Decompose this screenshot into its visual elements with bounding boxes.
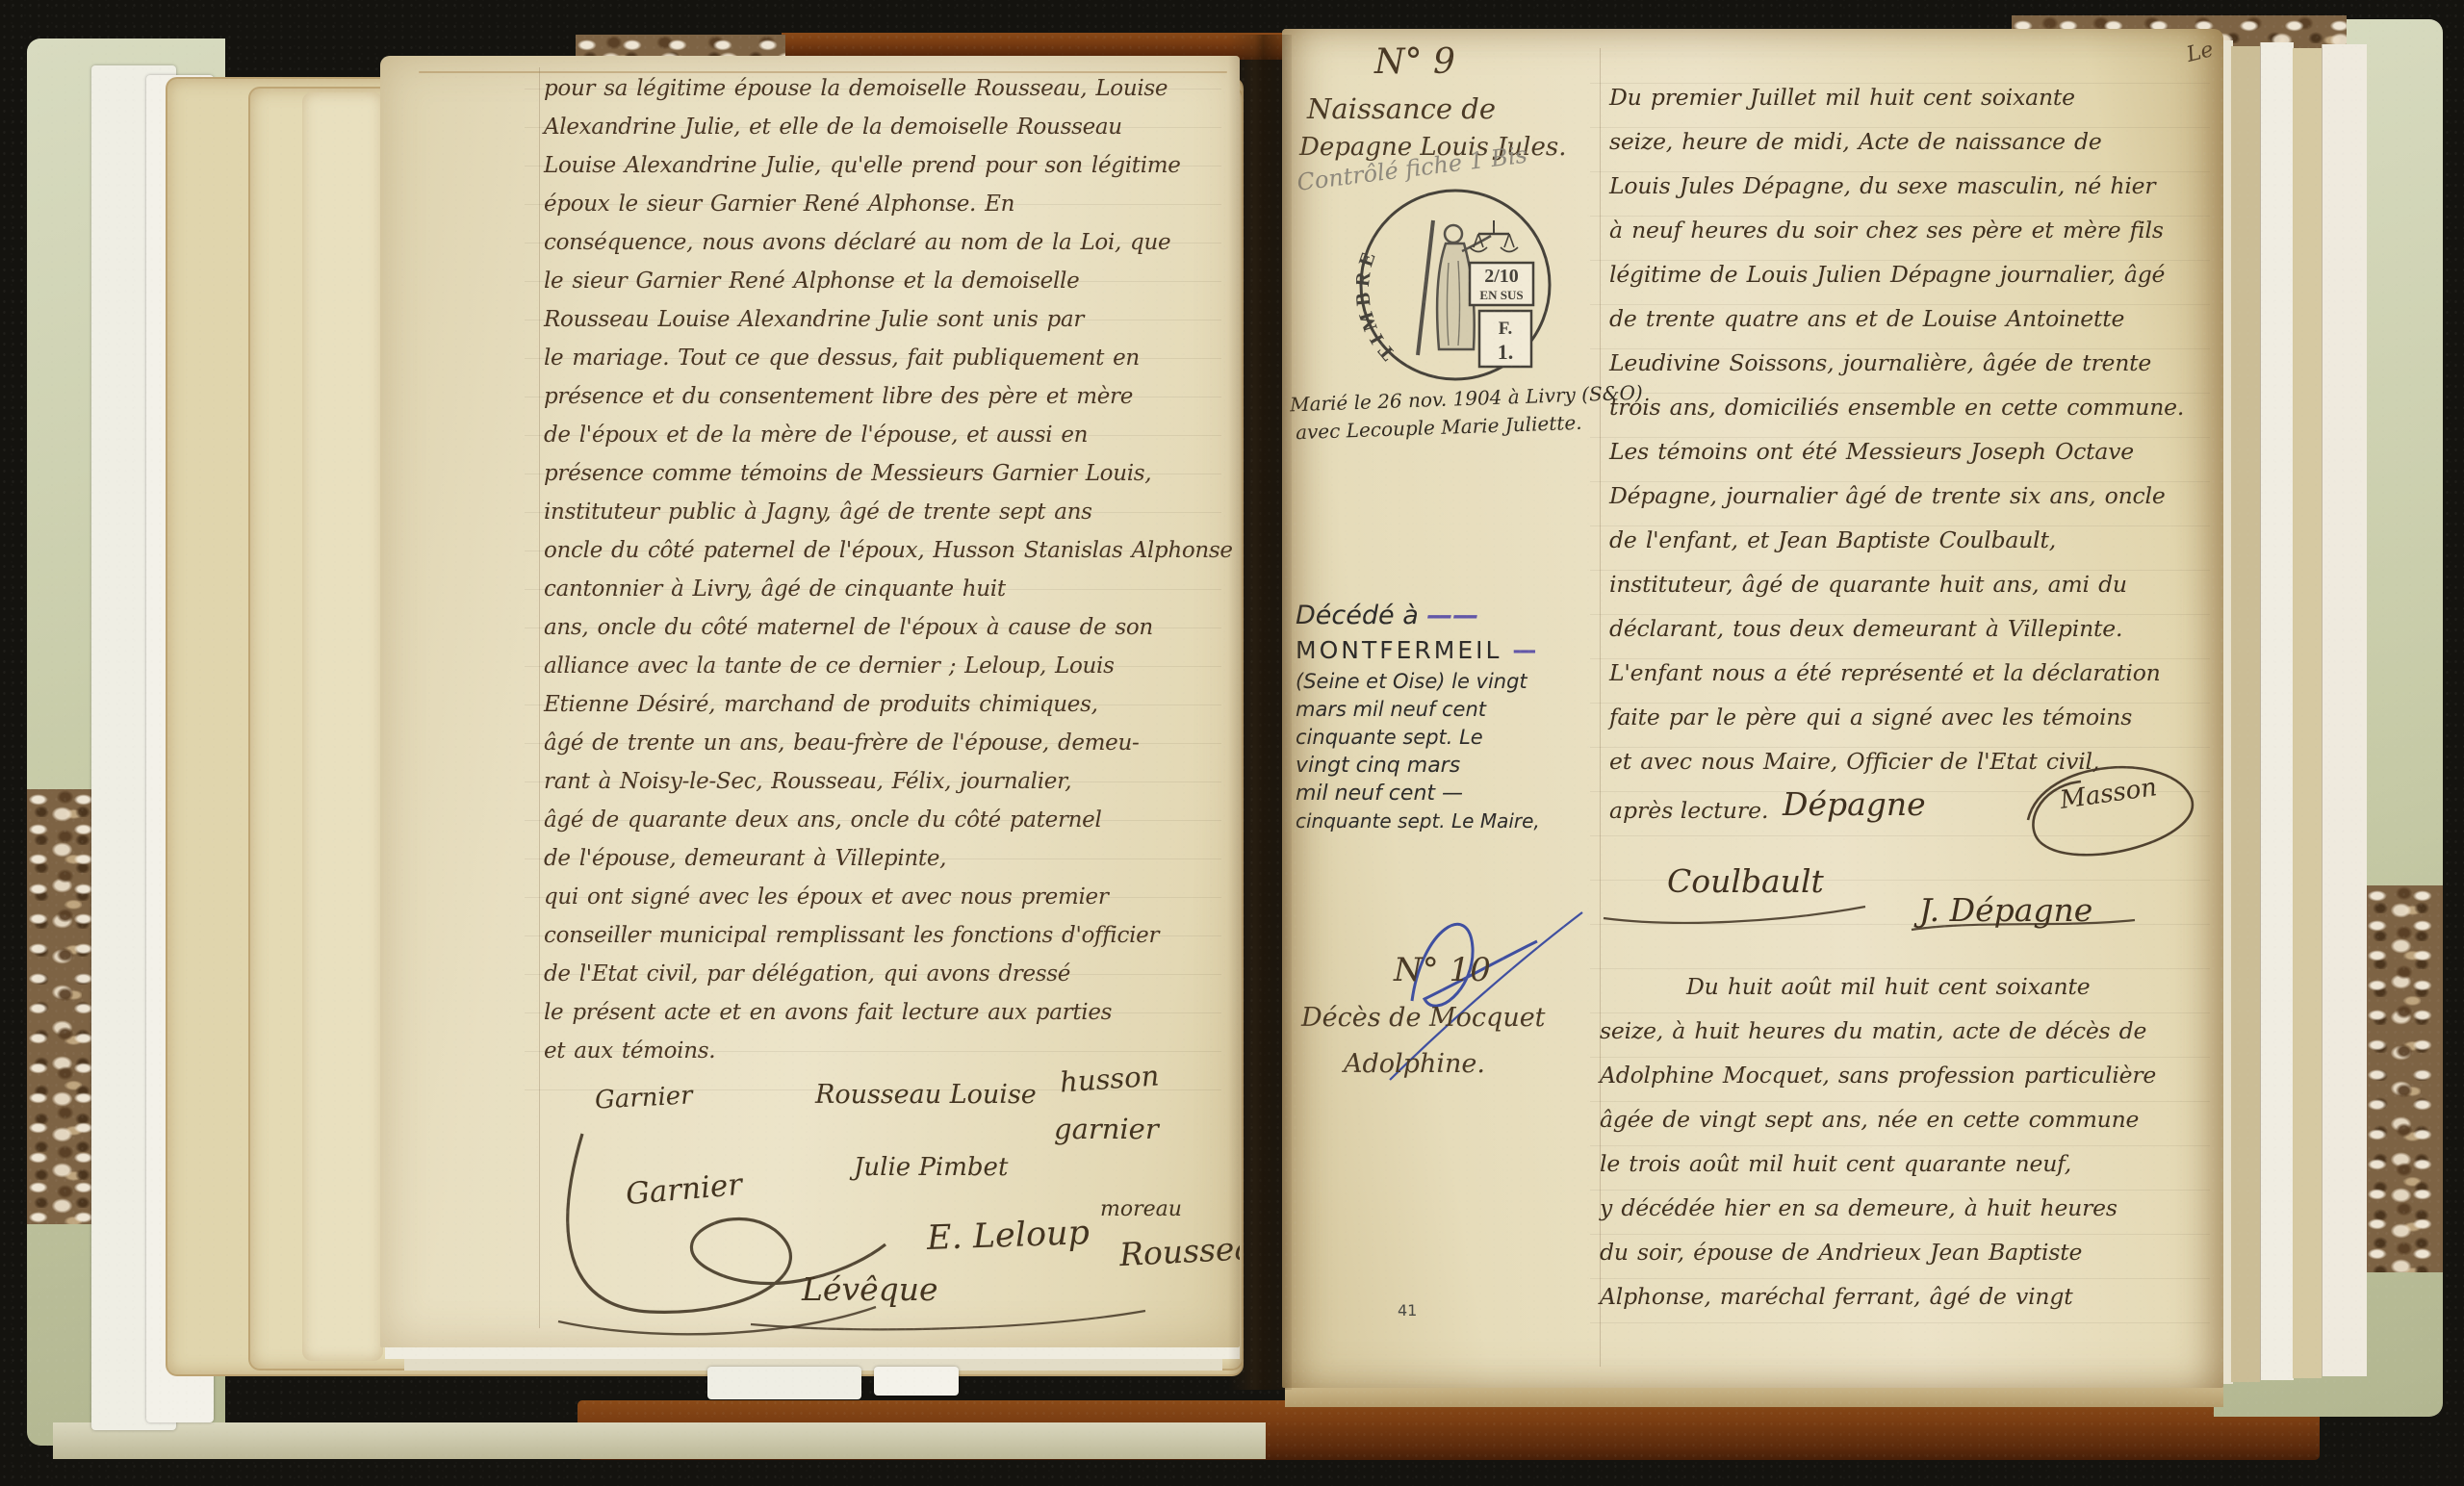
- protruding-sheet-tab-1: [707, 1367, 861, 1399]
- right-page: Le N° 9 Naissance de Depagne Louis Jules…: [1282, 29, 2223, 1388]
- death-act-text-block: Du huit août mil huit cent soixanteseize…: [1600, 964, 2223, 1319]
- timbre-revenue-stamp: TIMBRE 2/10 EN SUS F. 1.: [1356, 186, 1554, 384]
- protruding-sheet-tab-2: [874, 1367, 959, 1396]
- death-note-line5: cinquante sept. Le: [1296, 724, 1613, 752]
- manuscript-line: légitime de Louis Julien Dépagne journal…: [1609, 252, 2221, 296]
- manuscript-line: de l'épouse, demeurant à Villepinte,: [544, 839, 1229, 878]
- manuscript-line: oncle du côté paternel de l'époux, Husso…: [544, 531, 1229, 570]
- manuscript-line: Alphonse, maréchal ferrant, âgé de vingt: [1600, 1274, 2223, 1319]
- right-page-stack-2: [2231, 46, 2260, 1382]
- manuscript-line: Etienne Désiré, marchand de produits chi…: [544, 685, 1229, 724]
- death-note-line4: mars mil neuf cent: [1296, 696, 1613, 724]
- act10-title-line1: Décès de Mocquet: [1301, 1003, 1546, 1033]
- manuscript-line: âgé de trente un ans, beau-frère de l'ép…: [544, 724, 1229, 762]
- manuscript-line: Du premier Juillet mil huit cent soixant…: [1609, 75, 2221, 119]
- manuscript-line: Dépagne, journalier âgé de trente six an…: [1609, 474, 2221, 518]
- manuscript-line: Rousseau Louise Alexandrine Julie sont u…: [544, 300, 1229, 339]
- manuscript-line: de l'époux et de la mère de l'épouse, et…: [544, 416, 1229, 454]
- death-note-line2: MONTFERMEIL —: [1296, 633, 1613, 668]
- violet-dash-1: ——: [1426, 601, 1478, 630]
- left-page-bottom-edge-1: [385, 1345, 1240, 1359]
- right-page-stack-4: [2293, 48, 2322, 1378]
- corner-paraph-mark: Le: [2184, 38, 2216, 67]
- manuscript-line: le mariage. Tout ce que dessus, fait pub…: [544, 339, 1229, 377]
- manuscript-line: âgée de vingt sept ans, née en cette com…: [1600, 1097, 2223, 1141]
- left-page: pour sa légitime épouse la demoiselle Ro…: [380, 56, 1240, 1347]
- manuscript-line: faite par le père qui a signé avec les t…: [1609, 695, 2221, 739]
- manuscript-line: Louis Jules Dépagne, du sexe masculin, n…: [1609, 164, 2221, 208]
- manuscript-line: conseiller municipal remplissant les fon…: [544, 916, 1229, 955]
- act9-title-line1: Naissance de: [1307, 92, 1496, 125]
- manuscript-line: de l'enfant, et Jean Baptiste Coulbault,: [1609, 518, 2221, 562]
- signature-garnier-small: Garnier: [594, 1081, 693, 1114]
- svg-text:1.: 1.: [1498, 340, 1514, 364]
- signature-coulbault: Coulbault: [1667, 862, 1824, 900]
- signature-rousseau-louise: Rousseau Louise: [815, 1080, 1037, 1110]
- j-depagne-strike-flourish: [1908, 916, 2139, 937]
- manuscript-line: à neuf heures du soir chez ses père et m…: [1609, 208, 2221, 252]
- manuscript-line: Adolphine Mocquet, sans profession parti…: [1600, 1053, 2223, 1097]
- act10-title-line2: Adolphine.: [1344, 1049, 1485, 1079]
- manuscript-line: alliance avec la tante de ce dernier ; L…: [544, 647, 1229, 685]
- manuscript-line: cantonnier à Livry, âgé de cinquante hui…: [544, 570, 1229, 608]
- death-note-line3: (Seine et Oise) le vingt: [1296, 668, 1613, 696]
- folio-page-number: 41: [1398, 1301, 1417, 1319]
- manuscript-line: déclarant, tous deux demeurant à Villepi…: [1609, 606, 2221, 651]
- manuscript-line: L'enfant nous a été représenté et la déc…: [1609, 651, 2221, 695]
- manuscript-line: âgé de quarante deux ans, oncle du côté …: [544, 801, 1229, 839]
- manuscript-line: le présent acte et en avons fait lecture…: [544, 993, 1229, 1032]
- manuscript-line: le sieur Garnier René Alphonse et la dem…: [544, 262, 1229, 300]
- book-cover-bottom-band: [53, 1422, 1266, 1459]
- manuscript-line: époux le sieur Garnier René Alphonse. En: [544, 185, 1229, 223]
- manuscript-line: pour sa légitime épouse la demoiselle Ro…: [544, 69, 1229, 108]
- manuscript-line: ans, oncle du côté maternel de l'époux à…: [544, 608, 1229, 647]
- marriage-act-text-block: pour sa légitime épouse la demoiselle Ro…: [544, 69, 1229, 1070]
- manuscript-line: présence et du consentement libre des pè…: [544, 377, 1229, 416]
- signature-rousseau: Rousseau: [1118, 1228, 1240, 1273]
- signature-e-leloup: E. Leloup: [926, 1214, 1090, 1258]
- manuscript-line: du soir, épouse de Andrieux Jean Baptist…: [1600, 1230, 2223, 1274]
- photograph-of-civil-register: pour sa légitime épouse la demoiselle Ro…: [0, 0, 2464, 1486]
- marriage-margin-note-line2: avec Lecouple Marie Juliette.: [1296, 411, 1582, 444]
- act10-number: N° 10: [1394, 951, 1491, 989]
- manuscript-line: Du huit août mil huit cent soixante: [1600, 964, 2223, 1009]
- manuscript-line: de l'Etat civil, par délégation, qui avo…: [544, 955, 1229, 993]
- manuscript-line: seize, à huit heures du matin, acte de d…: [1600, 1009, 2223, 1053]
- leveque-underline-flourish: [746, 1305, 1150, 1334]
- death-note-line1: Décédé à ——: [1296, 599, 1613, 633]
- violet-dash-2: —: [1512, 636, 1539, 664]
- manuscript-line: y décédée hier en sa demeure, à huit heu…: [1600, 1186, 2223, 1230]
- coulbault-underline-flourish: [1600, 903, 1869, 928]
- right-page-stack-5: [2322, 44, 2367, 1376]
- death-margin-note: Décédé à —— MONTFERMEIL — (Seine et Oise…: [1296, 599, 1613, 835]
- signature-garnier-2: garnier: [1054, 1113, 1159, 1145]
- manuscript-line: conséquence, nous avons déclaré au nom d…: [544, 223, 1229, 262]
- manuscript-line: trois ans, domiciliés ensemble en cette …: [1609, 385, 2221, 429]
- manuscript-line: présence comme témoins de Messieurs Garn…: [544, 454, 1229, 493]
- stamp-surtax-value: 2/10: [1484, 266, 1519, 287]
- signature-husson: husson: [1059, 1059, 1160, 1098]
- svg-text:EN SUS: EN SUS: [1479, 288, 1523, 302]
- manuscript-line: Alexandrine Julie, et elle de la demoise…: [544, 108, 1229, 146]
- manuscript-line: rant à Noisy-le-Sec, Rousseau, Félix, jo…: [544, 762, 1229, 801]
- birth-act-text-block: Du premier Juillet mil huit cent soixant…: [1609, 75, 2221, 783]
- signature-depagne-father: Dépagne: [1783, 785, 1926, 823]
- signature-moreau: moreau: [1100, 1197, 1182, 1221]
- manuscript-line: seize, heure de midi, Acte de naissance …: [1609, 119, 2221, 164]
- act9-closing-words: après lecture.: [1609, 797, 1769, 824]
- manuscript-line: qui ont signé avec les époux et avec nou…: [544, 878, 1229, 916]
- svg-text:F.: F.: [1499, 319, 1513, 339]
- manuscript-line: Leudivine Soissons, journalière, âgée de…: [1609, 341, 2221, 385]
- signature-leveque: Lévêque: [802, 1270, 938, 1308]
- death-note-line6: vingt cinq mars: [1296, 752, 1613, 780]
- svg-text:TIMBRE: TIMBRE: [1356, 244, 1399, 365]
- book-cover-right-marbled-patch: [2366, 885, 2443, 1272]
- manuscript-line: instituteur, âgé de quarante huit ans, a…: [1609, 562, 2221, 606]
- death-note-line7: mil neuf cent —: [1296, 780, 1613, 807]
- manuscript-line: Les témoins ont été Messieurs Joseph Oct…: [1609, 429, 2221, 474]
- underlying-page-edge-3: [302, 92, 383, 1361]
- death-note-line8: cinquante sept. Le Maire,: [1296, 807, 1613, 835]
- manuscript-line: instituteur public à Jagny, âgé de trent…: [544, 493, 1229, 531]
- manuscript-line: le trois août mil huit cent quarante neu…: [1600, 1141, 2223, 1186]
- masson-paraph-flourish: [2014, 743, 2216, 887]
- right-page-stack-3: [2260, 42, 2294, 1380]
- act9-number: N° 9: [1374, 42, 1455, 82]
- manuscript-line: Louise Alexandrine Julie, qu'elle prend …: [544, 146, 1229, 185]
- manuscript-line: de trente quatre ans et de Louise Antoin…: [1609, 296, 2221, 341]
